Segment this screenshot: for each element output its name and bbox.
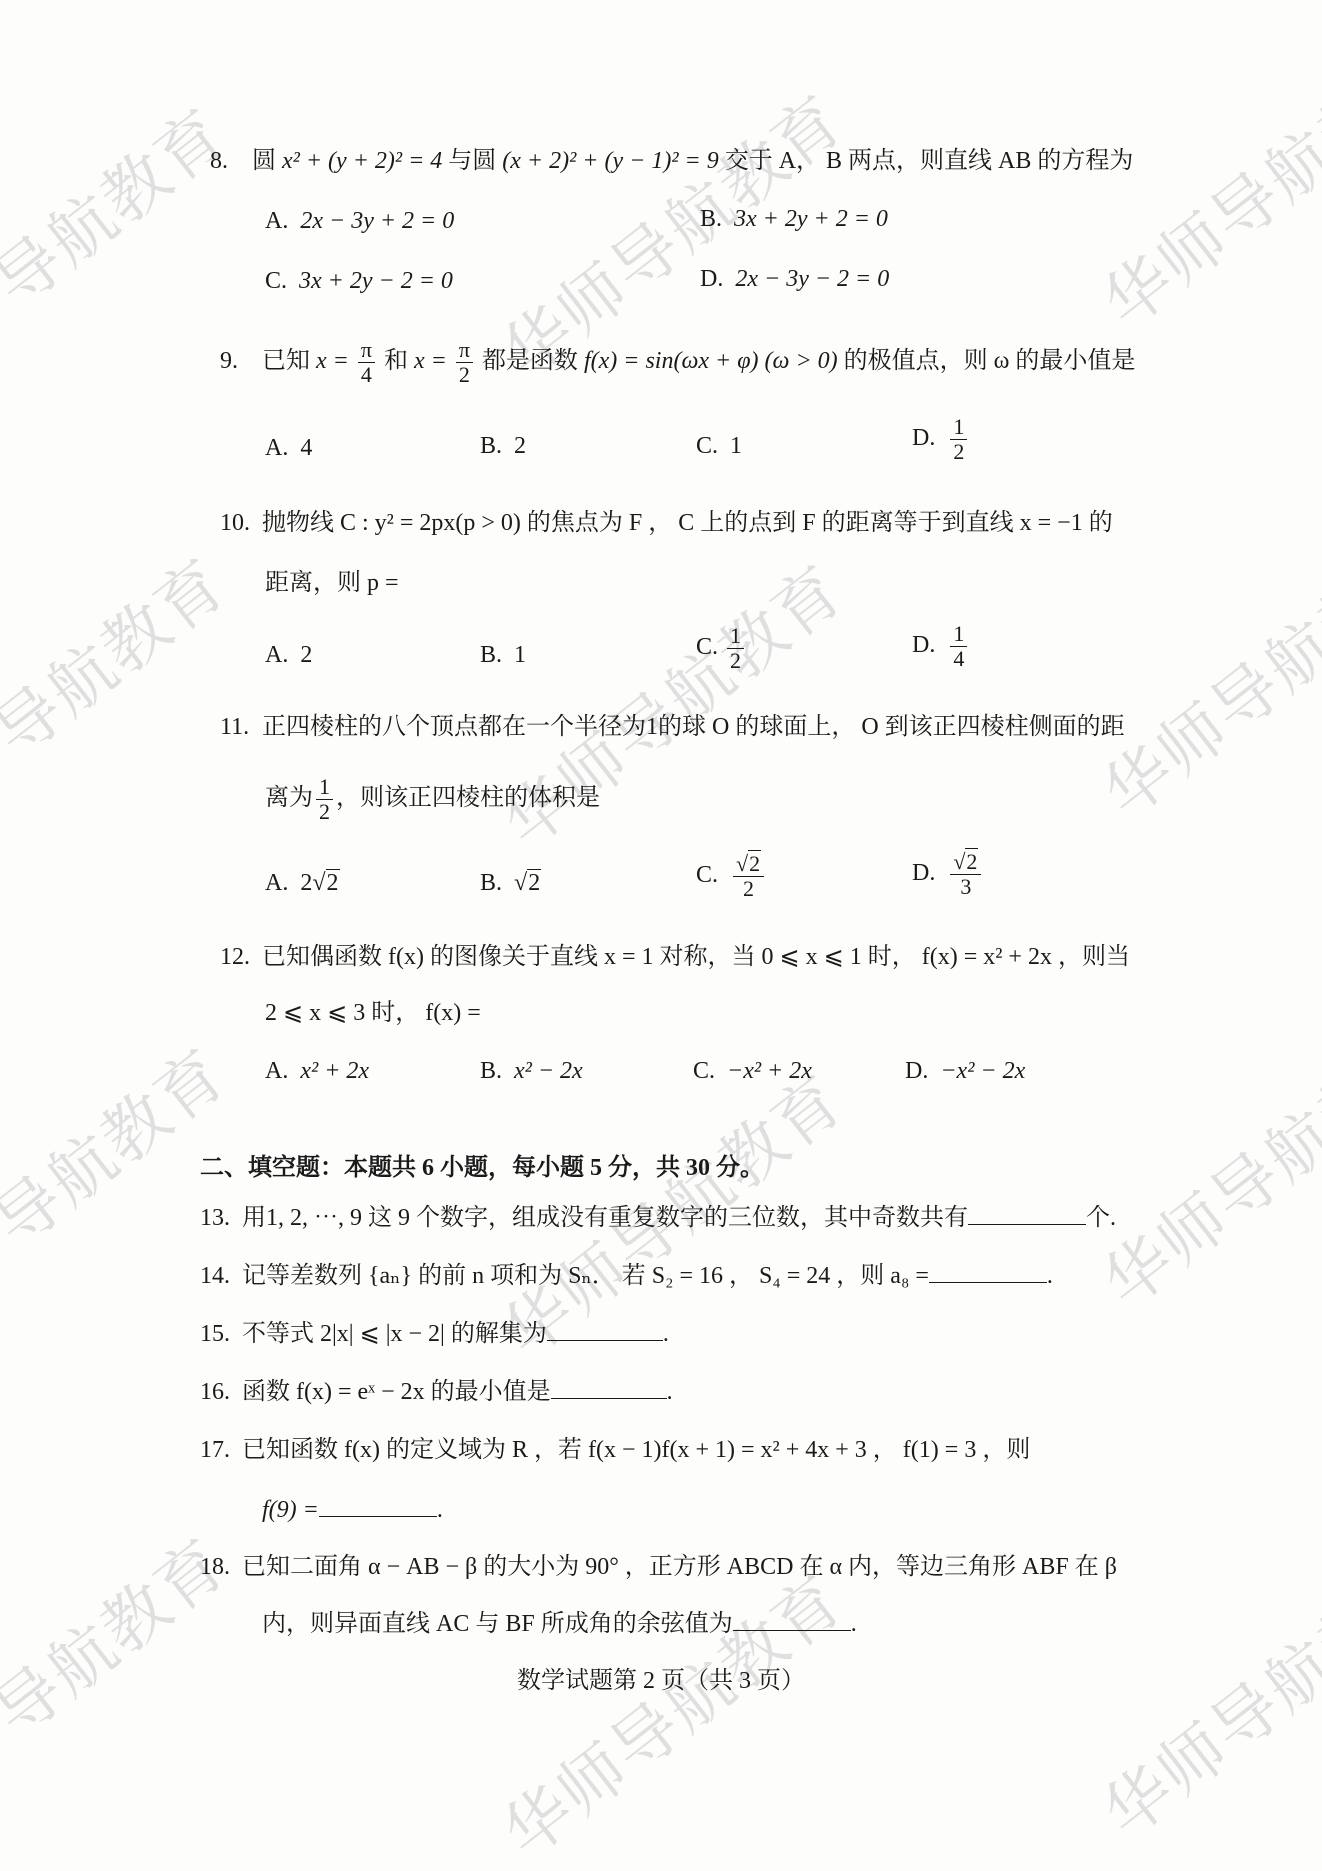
answer-blank[interactable] — [551, 1376, 667, 1399]
question-8: 8. 圆 x² + (y + 2)² = 4 与圆 (x + 2)² + (y … — [210, 146, 1133, 176]
answer-blank[interactable] — [929, 1260, 1047, 1283]
question-9: 9. 已知 x = π4 和 x = π2 都是函数 f(x) = sin(ωx… — [220, 338, 1135, 387]
option-a[interactable]: A. 2x − 3y + 2 = 0 — [265, 206, 454, 236]
option-b[interactable]: B. 3x + 2y + 2 = 0 — [700, 204, 888, 234]
math-expr: (x + 2)² + (y − 1)² = 9 — [502, 148, 718, 174]
fraction: π2 — [456, 338, 473, 387]
question-number: 13. — [200, 1203, 236, 1233]
option-b[interactable]: B. x² − 2x — [480, 1056, 583, 1086]
answer-blank[interactable] — [319, 1494, 437, 1517]
question-13: 13. 用1, 2, ⋯, 9 这 9 个数字，组成没有重复数字的三位数，其中奇… — [200, 1202, 1116, 1233]
option-b[interactable]: B. 1 — [480, 640, 526, 670]
option-d[interactable]: D. −x² − 2x — [905, 1056, 1025, 1086]
fraction: 12 — [950, 415, 967, 464]
option-a[interactable]: A. 4 — [265, 433, 312, 463]
question-18-line2: 内，则异面直线 AC 与 BF 所成角的余弦值为. — [262, 1608, 857, 1639]
question-number: 11. — [220, 712, 256, 742]
question-11-line2: 离为12，则该正四棱柱的体积是 — [265, 775, 600, 824]
exam-page: 8. 圆 x² + (y + 2)² = 4 与圆 (x + 2)² + (y … — [0, 0, 1322, 1871]
question-10: 10. 抛物线 C : y² = 2px(p > 0) 的焦点为 F ， C 上… — [220, 508, 1113, 538]
fraction: 14 — [950, 622, 967, 671]
question-number: 14. — [200, 1261, 236, 1291]
option-c[interactable]: C. 1 — [696, 431, 742, 461]
math-expr: x² + (y + 2)² = 4 — [282, 148, 442, 174]
question-number: 17. — [200, 1435, 236, 1465]
question-16: 16. 函数 f(x) = eˣ − 2x 的最小值是. — [200, 1376, 673, 1407]
sqrt: √2 — [514, 868, 541, 898]
question-18: 18. 已知二面角 α − AB − β 的大小为 90° ，正方形 ABCD … — [200, 1552, 1117, 1582]
fraction: √23 — [950, 850, 981, 899]
option-d[interactable]: D. 14 — [912, 622, 970, 671]
fraction: π4 — [358, 338, 375, 387]
question-number: 18. — [200, 1552, 236, 1582]
question-14: 14. 记等差数列 {aₙ} 的前 n 项和为 Sₙ． 若 S₂ = 16 ， … — [200, 1260, 1053, 1291]
option-c[interactable]: C. −x² + 2x — [693, 1056, 812, 1086]
question-number: 15. — [200, 1319, 236, 1349]
question-17-line2: f(9) =. — [262, 1494, 443, 1525]
answer-blank[interactable] — [547, 1318, 663, 1341]
sqrt: √2 — [312, 868, 339, 898]
option-c[interactable]: C. 3x + 2y − 2 = 0 — [265, 266, 453, 296]
option-c[interactable]: C. √22 — [696, 852, 767, 901]
option-a[interactable]: A. 2√2 — [265, 868, 340, 898]
question-11: 11. 正四棱柱的八个顶点都在一个半径为1的球 O 的球面上， O 到该正四棱柱… — [220, 712, 1125, 742]
option-a[interactable]: A. x² + 2x — [265, 1056, 369, 1086]
option-d[interactable]: D. √23 — [912, 850, 984, 899]
fraction: √22 — [733, 852, 764, 901]
page-footer: 数学试题第 2 页（共 3 页） — [0, 1660, 1322, 1695]
option-c[interactable]: C. 12 — [696, 624, 747, 673]
question-15: 15. 不等式 2|x| ⩽ |x − 2| 的解集为. — [200, 1318, 669, 1349]
option-d[interactable]: D. 12 — [912, 415, 970, 464]
question-number: 12. — [220, 942, 256, 972]
question-number: 8. — [210, 146, 246, 176]
question-number: 16. — [200, 1377, 236, 1407]
question-12: 12. 已知偶函数 f(x) 的图像关于直线 x = 1 对称，当 0 ⩽ x … — [220, 942, 1130, 972]
fraction: 12 — [727, 624, 744, 673]
section-title: 二、填空题：本题共 6 小题，每小题 5 分，共 30 分。 — [200, 1153, 764, 1183]
question-10-line2: 距离，则 p = — [265, 568, 399, 598]
answer-blank[interactable] — [968, 1202, 1086, 1225]
answer-blank[interactable] — [733, 1608, 851, 1631]
option-a[interactable]: A. 2 — [265, 640, 312, 670]
question-number: 10. — [220, 508, 256, 538]
question-number: 9. — [220, 346, 256, 376]
option-d[interactable]: D. 2x − 3y − 2 = 0 — [700, 264, 889, 294]
question-17: 17. 已知函数 f(x) 的定义域为 R ，若 f(x − 1)f(x + 1… — [200, 1435, 1030, 1465]
option-b[interactable]: B. 2 — [480, 431, 526, 461]
option-b[interactable]: B. √2 — [480, 868, 541, 898]
question-12-line2: 2 ⩽ x ⩽ 3 时， f(x) = — [265, 998, 481, 1028]
fraction: 12 — [316, 775, 333, 824]
